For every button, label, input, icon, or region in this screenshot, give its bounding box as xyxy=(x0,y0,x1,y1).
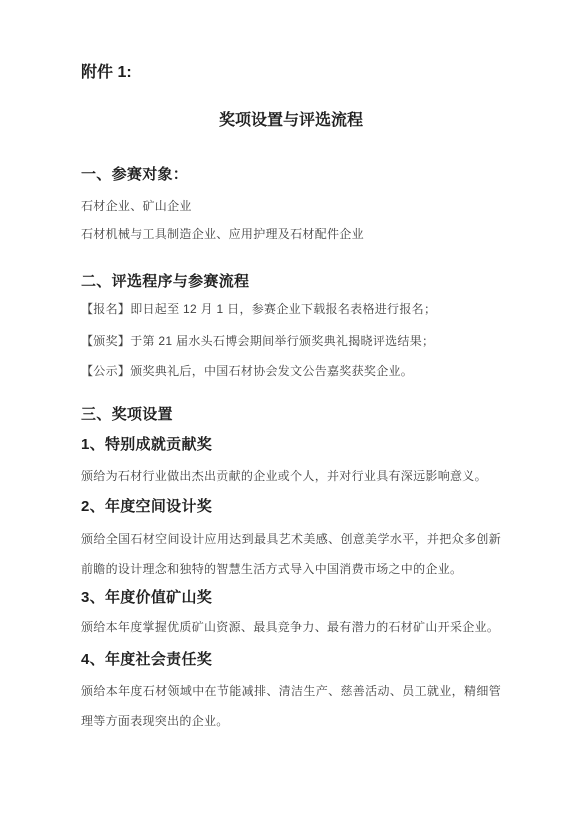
award-description: 颁给本年度石材领域中在节能减排、清洁生产、慈善活动、员工就业，精细管理等方面表现… xyxy=(81,676,501,736)
award-name: 2、年度空间设计奖 xyxy=(81,497,501,517)
paragraph: 石材企业、矿山企业 xyxy=(81,196,501,216)
section-heading: 二、评选程序与参赛流程 xyxy=(81,272,501,292)
paragraph: 石材机械与工具制造企业、应用护理及石材配件企业 xyxy=(81,224,501,244)
award-item: 2、年度空间设计奖 颁给全国石材空间设计应用达到最具艺术美感、创意美学水平，并把… xyxy=(81,497,501,584)
award-description: 颁给为石材行业做出杰出贡献的企业或个人，并对行业具有深远影响意义。 xyxy=(81,466,501,486)
section-heading: 一、参赛对象： xyxy=(81,165,501,185)
section-participants: 一、参赛对象： 石材企业、矿山企业 石材机械与工具制造企业、应用护理及石材配件企… xyxy=(81,165,501,244)
award-item: 3、年度价值矿山奖 颁给本年度掌握优质矿山资源、最具竞争力、最有潜力的石材矿山开… xyxy=(81,588,501,637)
attachment-label: 附件 1: xyxy=(81,62,501,84)
award-description: 颁给全国石材空间设计应用达到最具艺术美感、创意美学水平，并把众多创新前瞻的设计理… xyxy=(81,524,501,584)
section-procedure: 二、评选程序与参赛流程 【报名】即日起至 12 月 1 日，参赛企业下载报名表格… xyxy=(81,272,501,381)
award-description: 颁给本年度掌握优质矿山资源、最具竞争力、最有潜力的石材矿山开采企业。 xyxy=(81,617,501,637)
section-heading: 三、奖项设置 xyxy=(81,405,501,425)
section-awards: 三、奖项设置 1、特别成就贡献奖 颁给为石材行业做出杰出贡献的企业或个人，并对行… xyxy=(81,405,501,736)
document-content: 附件 1: 奖项设置与评选流程 一、参赛对象： 石材企业、矿山企业 石材机械与工… xyxy=(0,0,580,736)
document-title: 奖项设置与评选流程 xyxy=(81,110,501,132)
paragraph: 【报名】即日起至 12 月 1 日，参赛企业下载报名表格进行报名； xyxy=(81,299,501,319)
award-name: 3、年度价值矿山奖 xyxy=(81,588,501,608)
award-name: 1、特别成就贡献奖 xyxy=(81,435,501,455)
paragraph: 【颁奖】于第 21 届水头石博会期间举行颁奖典礼揭晓评选结果； xyxy=(81,331,501,351)
award-item: 1、特别成就贡献奖 颁给为石材行业做出杰出贡献的企业或个人，并对行业具有深远影响… xyxy=(81,435,501,486)
document-page: 附件 1: 奖项设置与评选流程 一、参赛对象： 石材企业、矿山企业 石材机械与工… xyxy=(0,0,580,817)
award-item: 4、年度社会责任奖 颁给本年度石材领域中在节能减排、清洁生产、慈善活动、员工就业… xyxy=(81,650,501,736)
paragraph: 【公示】颁奖典礼后，中国石材协会发文公告嘉奖获奖企业。 xyxy=(81,361,501,381)
award-name: 4、年度社会责任奖 xyxy=(81,650,501,670)
